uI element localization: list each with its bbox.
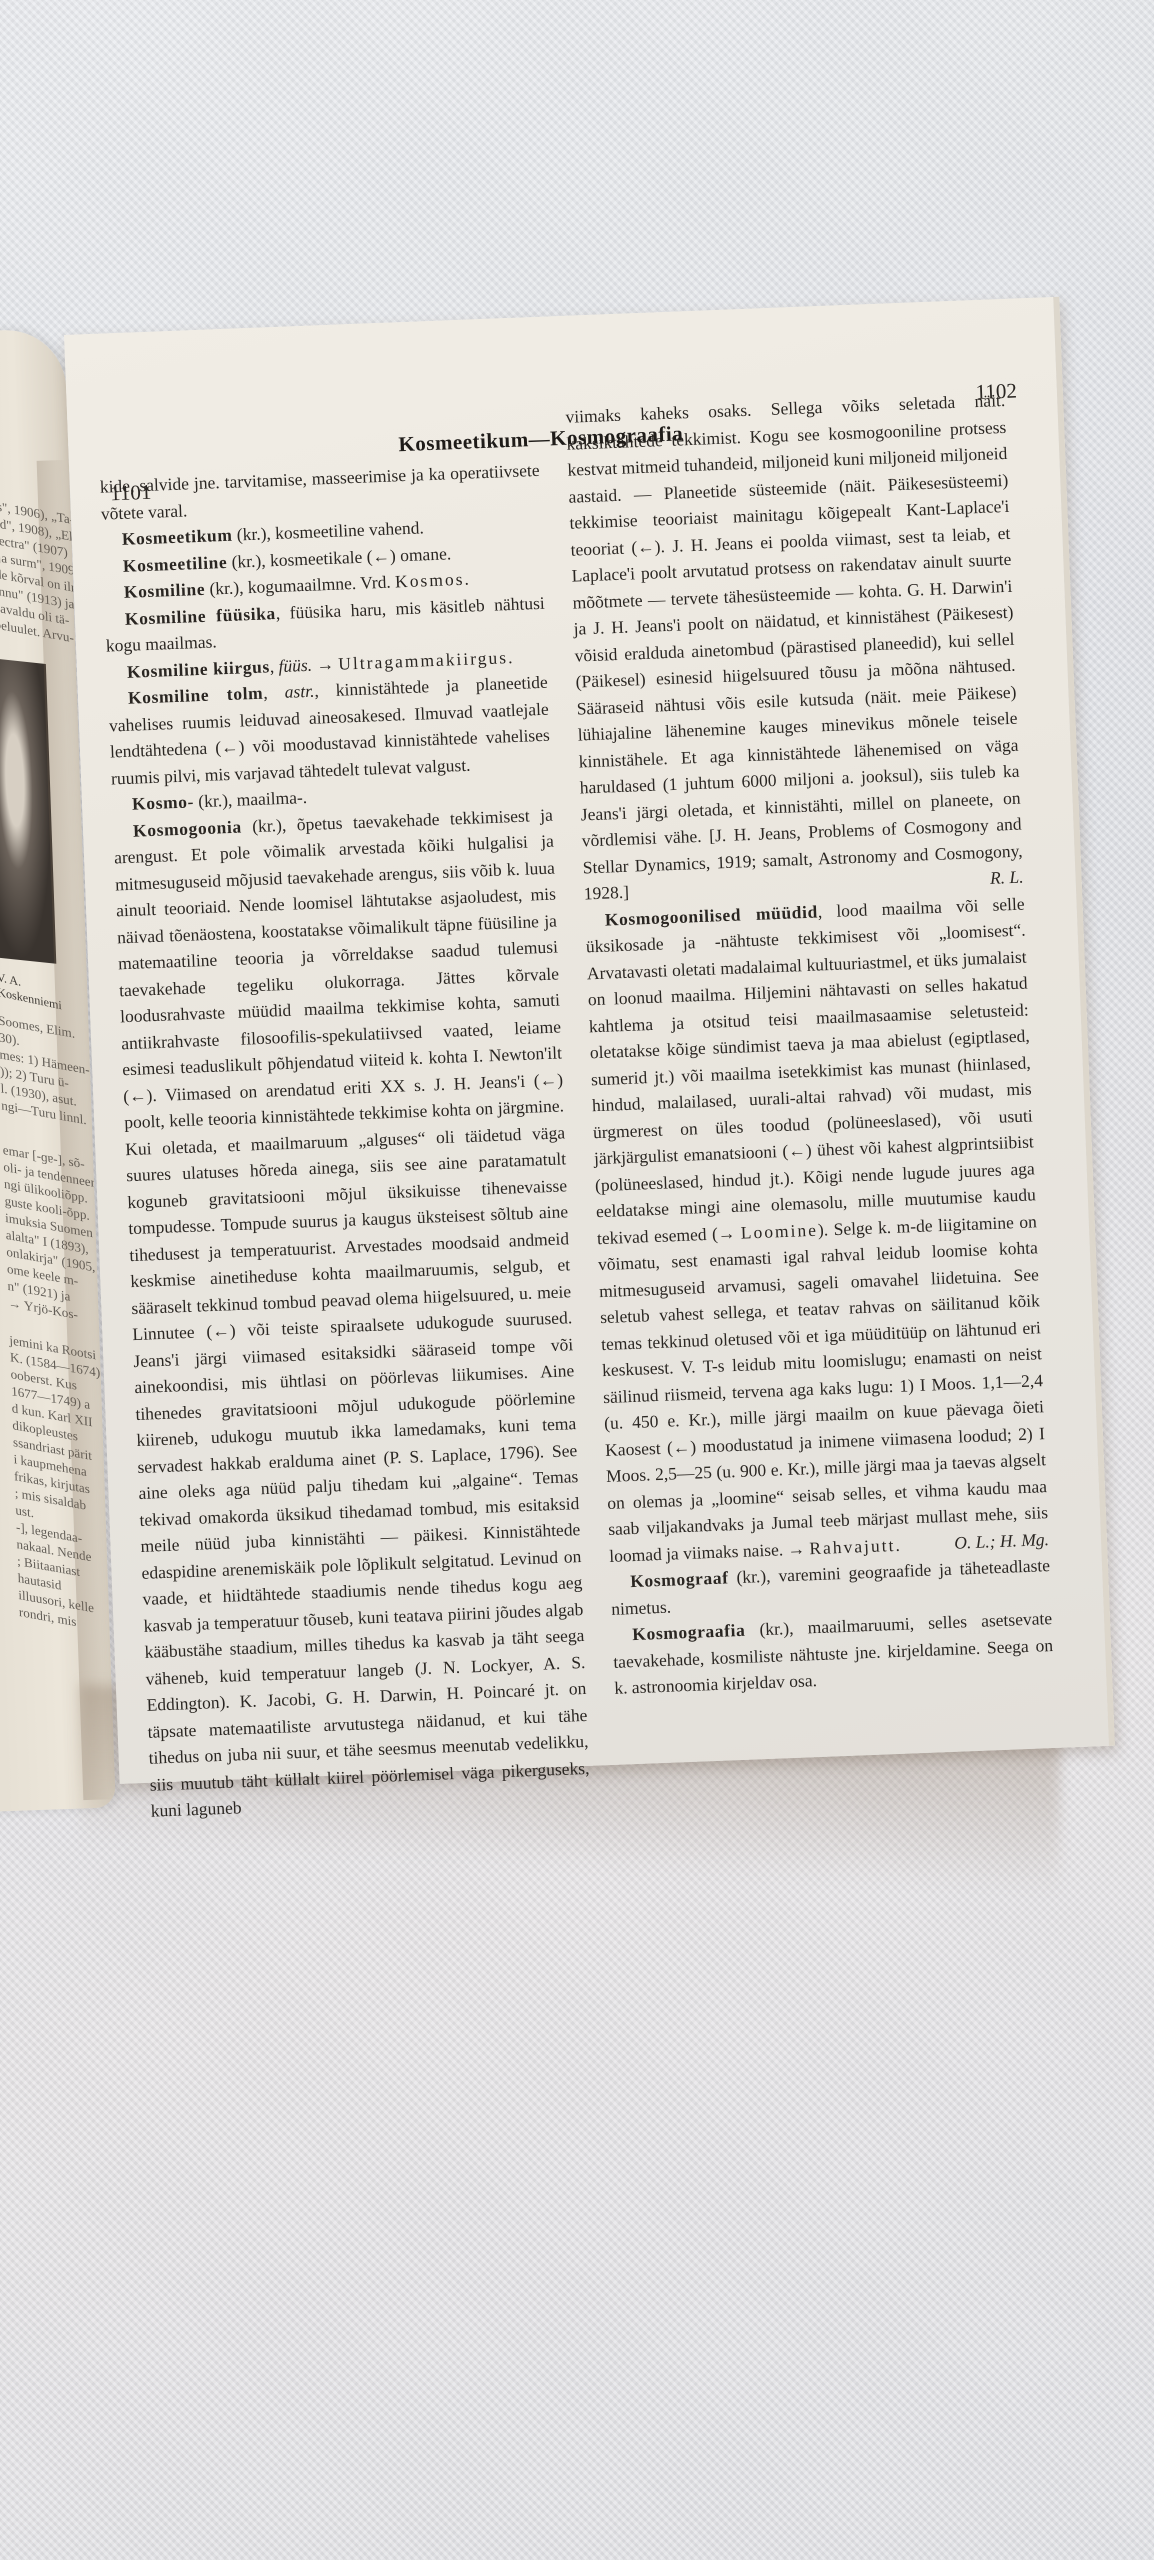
dictionary-entry: Kosmiline tolm, astr., kinnistähtede ja … <box>107 669 551 792</box>
entry-headword: Kosmograafia <box>632 1620 746 1644</box>
entry-headword: Kosmogoonia <box>133 816 242 840</box>
entry-headword: Kosmeetiline <box>123 551 228 575</box>
cross-reference: Ultragammakiirgus <box>338 647 508 674</box>
dictionary-entry: Kosmograafia (kr.), maailmaruumi, selles… <box>612 1605 1055 1701</box>
dictionary-entry: Kosmogoonilised müüdid, lood maailma või… <box>584 890 1049 1569</box>
cross-reference: Loomine <box>740 1219 818 1242</box>
entry-headword: Kosmiline tolm <box>128 683 264 708</box>
author-signature: R. L. <box>989 864 1024 892</box>
right-column: viimaks kaheks osaks. Sellega võiks sele… <box>565 387 1059 1806</box>
page-number-right: 1102 <box>975 378 1017 405</box>
entry-headword: Kosmeetikum <box>121 525 232 549</box>
encyclopedia-page: 1101 Kosmeetikum—Kosmograafia 1102 kide,… <box>64 297 1115 1784</box>
running-head-title: Kosmeetikum—Kosmograafia <box>398 421 684 457</box>
abbreviation: astr. <box>284 681 314 702</box>
cross-reference: Rahvajutt <box>809 1534 896 1557</box>
entry-headword: Kosmograaf <box>630 1567 729 1591</box>
entry-headword: Kosmiline <box>124 579 206 602</box>
entry-headword: Kosmiline füüsika <box>125 603 277 629</box>
page-number-left: 1101 <box>110 480 152 507</box>
entry-headword: Kosmogoonilised müüdid <box>604 901 818 929</box>
entry-headword: Kosmo- <box>132 791 195 813</box>
abbreviation: füüs. <box>278 654 312 675</box>
entry-headword: Kosmiline kiirgus <box>127 656 271 681</box>
cross-reference: Kosmos <box>395 569 465 592</box>
left-column: kide, salvide jne. tarvitamise, masseeri… <box>99 457 591 1824</box>
dictionary-entry: Kosmogoonia (kr.), õpetus taevakehade te… <box>113 801 591 1824</box>
